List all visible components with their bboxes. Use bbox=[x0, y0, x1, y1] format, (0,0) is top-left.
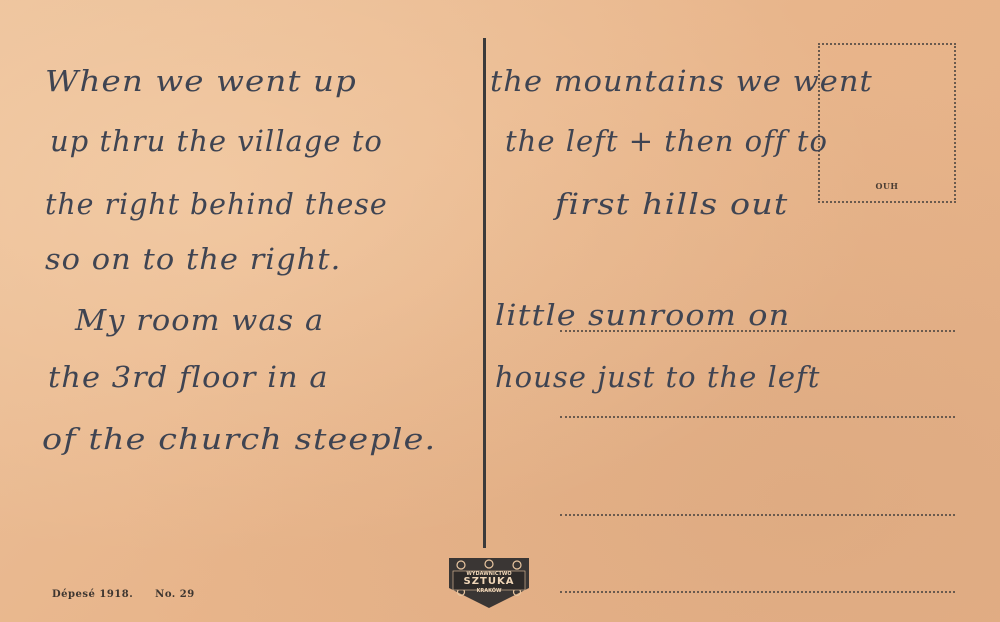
handwriting-line-left-1: When we went up bbox=[45, 64, 357, 98]
handwriting-line-left-2: up thru the village to bbox=[50, 124, 383, 158]
logo-line-3: KRAKÓW bbox=[445, 588, 533, 594]
address-line-4 bbox=[560, 591, 955, 593]
postcard-back: OUH When we went up up thru the village … bbox=[0, 0, 1000, 622]
address-line-2 bbox=[560, 416, 955, 418]
stamp-box-label: OUH bbox=[820, 181, 954, 191]
handwriting-line-left-5: My room was a bbox=[75, 303, 324, 337]
handwriting-line-left-4: so on to the right. bbox=[45, 242, 341, 276]
publisher-logo: WYDAWNICTWO SZTUKA KRAKÓW bbox=[445, 556, 533, 610]
handwriting-line-right-3: first hills out bbox=[555, 187, 788, 221]
address-line-3 bbox=[560, 514, 955, 516]
handwriting-line-left-3: the right behind these bbox=[45, 187, 388, 221]
deposit-year-text: Dépesé 1918. bbox=[52, 589, 133, 600]
center-divider-line bbox=[483, 38, 486, 548]
handwriting-line-left-6: the 3rd floor in a bbox=[48, 360, 329, 394]
footer-imprint: Dépesé 1918. No. 29 bbox=[52, 589, 213, 600]
handwriting-line-left-7: of the church steeple. bbox=[42, 422, 436, 456]
handwriting-line-right-4: little sunroom on bbox=[495, 298, 790, 332]
handwriting-line-right-1: the mountains we went bbox=[490, 64, 873, 98]
logo-line-2: SZTUKA bbox=[445, 576, 533, 587]
handwriting-line-right-5: house just to the left bbox=[495, 360, 820, 394]
handwriting-line-right-2: the left + then off to bbox=[505, 124, 828, 158]
card-number-text: No. 29 bbox=[155, 589, 195, 600]
